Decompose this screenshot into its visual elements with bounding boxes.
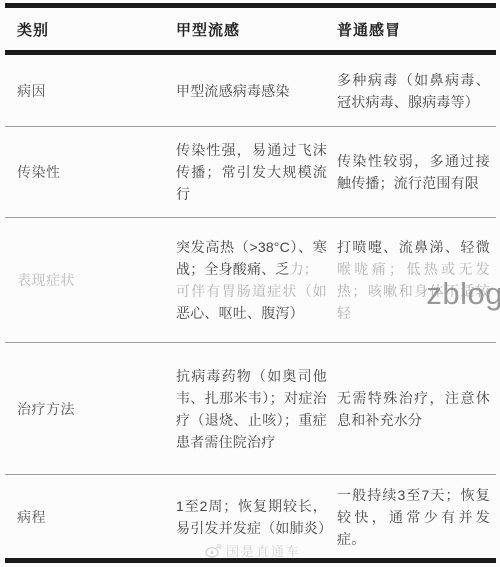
cell-symptoms-cold: 打喷嚏、流鼻涕、轻微喉咙痛；低热或无发热；咳嗽和身体不适较轻: [337, 236, 496, 324]
cell-treatment-flu: 抗病毒药物（如奥司他韦、扎那米韦）；对症治疗（退烧、止咳）；重症患者需住院治疗: [176, 365, 337, 453]
row-label-cause: 病因: [5, 81, 176, 101]
screenshot-root: 类别 甲型流感 普通感冒 病因 甲型流感病毒感染 多种病毒（如鼻病毒、冠状病毒、…: [0, 0, 500, 567]
comparison-table: 类别 甲型流感 普通感冒 病因 甲型流感病毒感染 多种病毒（如鼻病毒、冠状病毒、…: [5, 3, 496, 563]
header-cell-category: 类别: [5, 19, 176, 40]
cell-course-cold: 一般持续3至7天；恢复较快，通常少有并发症。: [337, 484, 496, 550]
table-row-treatment: 治疗方法 抗病毒药物（如奥司他韦、扎那米韦）；对症治疗（退烧、止咳）；重症患者需…: [5, 343, 496, 475]
row-label-contagiousness: 传染性: [5, 162, 176, 182]
cell-symptoms-flu: 突发高热（>38°C）、寒战；全身酸痛、乏力；可伴有胃肠道症状（如恶心、呕吐、腹…: [176, 236, 337, 324]
row-label-treatment: 治疗方法: [5, 399, 176, 419]
table-row-symptoms: 表现症状 突发高热（>38°C）、寒战；全身酸痛、乏力；可伴有胃肠道症状（如恶心…: [5, 218, 496, 343]
table-row-course: 病程 1至2周；恢复期较长，易引发并发症（如肺炎） 一般持续3至7天；恢复较快，…: [5, 475, 496, 558]
table-header-row: 类别 甲型流感 普通感冒: [5, 8, 496, 50]
row-label-course: 病程: [5, 507, 176, 527]
cell-cause-flu: 甲型流感病毒感染: [176, 80, 337, 102]
table-row-cause: 病因 甲型流感病毒感染 多种病毒（如鼻病毒、冠状病毒、腺病毒等）: [5, 55, 496, 127]
cell-contagiousness-cold: 传染性较弱，多通过接触传播；流行范围有限: [337, 150, 496, 194]
header-cell-influenza-a: 甲型流感: [176, 19, 337, 40]
table-row-contagiousness: 传染性 传染性强，易通过飞沫传播；常引发大规模流行 传染性较弱，多通过接触传播；…: [5, 127, 496, 218]
row-label-symptoms: 表现症状: [5, 270, 176, 290]
bottom-rule: [5, 558, 496, 563]
cell-treatment-cold: 无需特殊治疗，注意休息和补充水分: [337, 387, 496, 431]
cell-course-flu: 1至2周；恢复期较长，易引发并发症（如肺炎）: [176, 495, 337, 539]
cell-contagiousness-flu: 传染性强，易通过飞沫传播；常引发大规模流行: [176, 139, 337, 205]
header-cell-common-cold: 普通感冒: [337, 19, 496, 40]
cell-cause-cold: 多种病毒（如鼻病毒、冠状病毒、腺病毒等）: [337, 69, 496, 113]
